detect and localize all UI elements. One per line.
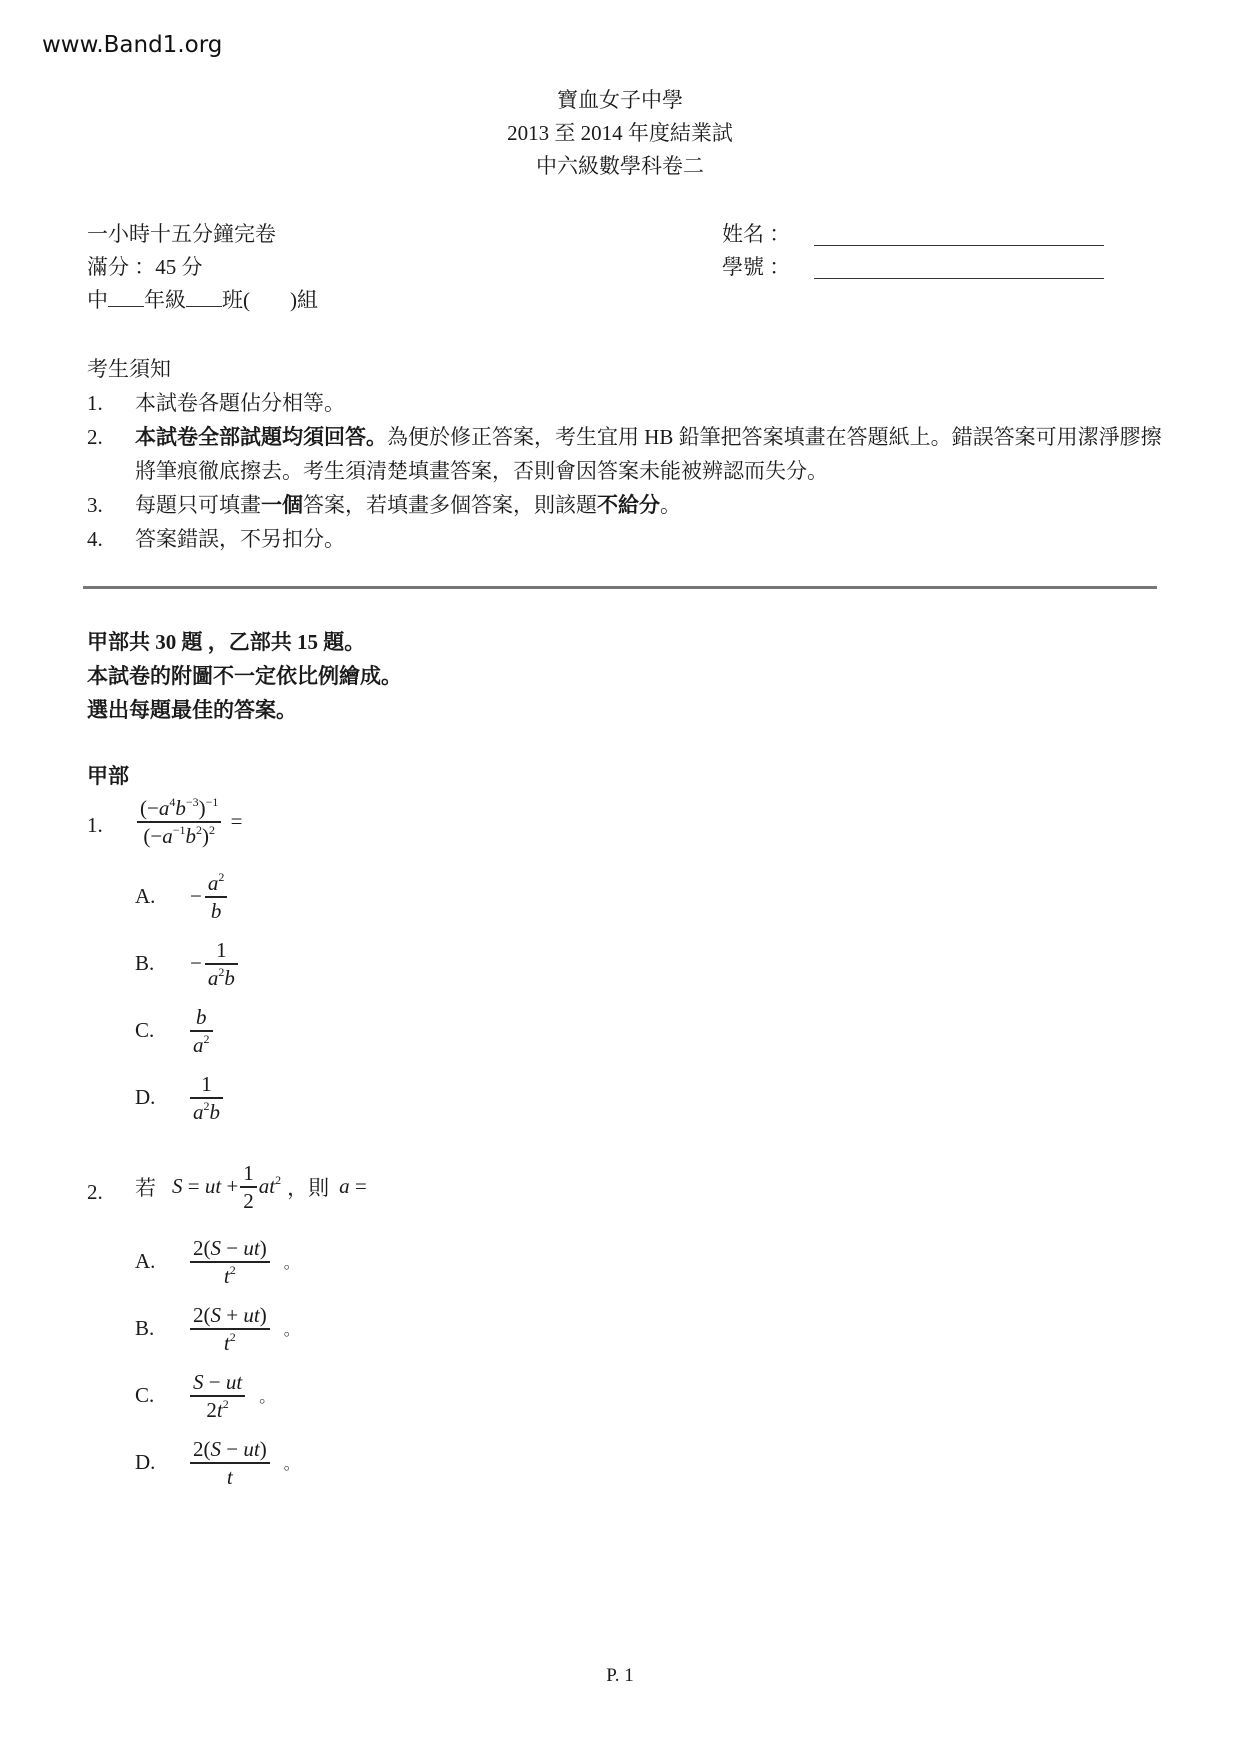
notice-text: 每題只可填畫一個答案，若填畫多個答案，則該題不給分。 (135, 488, 681, 522)
instructions: 甲部共 30 題 ，乙部共 15 題。 本試卷的附圖不一定依比例繪成。 選出每題… (87, 625, 402, 727)
instruction-line: 選出每題最佳的答案。 (87, 693, 402, 727)
option-suffix: 。 (284, 1250, 300, 1273)
option-value: 2(S − ut)t2 (190, 1235, 270, 1289)
option-d[interactable]: D. 1a2b (135, 1071, 223, 1125)
question-stem: 若 S = ut + 12 at2 ，則 a = (135, 1160, 367, 1214)
notice-mid: 答案，若填畫多個答案，則該題 (303, 493, 597, 517)
class-blank[interactable] (186, 284, 222, 307)
notice-item: 2. 本試卷全部試題均須回答。為便於修正答案，考生宜用 HB 鉛筆把答案填畫在答… (87, 420, 1167, 488)
option-value: a2b (205, 870, 228, 924)
notice-number: 4. (87, 522, 135, 556)
class-label: 班( (222, 288, 250, 312)
notice-post: 。 (660, 493, 681, 517)
grade-label: 年級 (144, 288, 186, 312)
instruction-line: 本試卷的附圖不一定依比例繪成。 (87, 659, 402, 693)
candidate-notice: 考生須知 1. 本試卷各題佔分相等。 2. 本試卷全部試題均須回答。為便於修正答… (87, 352, 1167, 556)
stem-mid: ，則 (287, 1172, 329, 1202)
option-suffix: 。 (259, 1384, 275, 1407)
option-a[interactable]: A. 2(S − ut)t2 。 (135, 1235, 300, 1289)
notice-text: 本試卷各題佔分相等。 (135, 386, 345, 420)
student-no-row: 學號 ： (722, 251, 1104, 284)
stem-fraction: (−a4b−3)−1 (−a−1b2)2 (137, 795, 221, 849)
option-value: 2(S + ut)t2 (190, 1302, 270, 1356)
notice-title: 考生須知 (87, 352, 1167, 386)
stem-prefix: 若 (135, 1172, 156, 1202)
question-1: 1. (−a4b−3)−1 (−a−1b2)2 = A. − a2b B. − … (87, 795, 487, 1155)
instruction-line: 甲部共 30 題 ，乙部共 15 題。 (87, 625, 402, 659)
notice-item: 4. 答案錯誤，不另扣分。 (87, 522, 1167, 556)
notice-pre: 每題只可填畫 (135, 493, 261, 517)
name-row: 姓名 ： (722, 218, 1104, 251)
option-letter: D. (135, 1085, 190, 1110)
notice-number: 2. (87, 420, 135, 488)
duration: 一小時十五分鐘完卷 (87, 218, 318, 251)
notice-number: 3. (87, 488, 135, 522)
option-value: 1a2b (205, 937, 238, 991)
option-a[interactable]: A. − a2b (135, 870, 227, 924)
name-field[interactable] (814, 223, 1104, 246)
student-no-label: 學號 ： (722, 251, 814, 284)
section-title: 甲部 (87, 760, 129, 790)
option-value: ba2 (190, 1004, 213, 1058)
watermark: www.Band1.org (42, 32, 222, 58)
exam-title-block: 寶血女子中學 2013 至 2014 年度結業試 中六級數學科卷二 (0, 84, 1240, 183)
option-value: 1a2b (190, 1071, 223, 1125)
student-info: 姓名 ： 學號 ： (722, 218, 1104, 284)
question-stem: (−a4b−3)−1 (−a−1b2)2 = (137, 795, 243, 849)
school-name: 寶血女子中學 (0, 84, 1240, 117)
notice-bold: 一個 (261, 493, 303, 517)
option-letter: D. (135, 1450, 190, 1475)
option-d[interactable]: D. 2(S − ut)t 。 (135, 1436, 300, 1490)
paper-name: 中六級數學科卷二 (0, 150, 1240, 183)
question-number: 1. (87, 813, 103, 838)
name-label: 姓名 ： (722, 218, 814, 251)
option-letter: B. (135, 1316, 190, 1341)
option-letter: A. (135, 1249, 190, 1274)
option-value: 2(S − ut)t (190, 1436, 270, 1490)
grade-blank[interactable] (108, 284, 144, 307)
option-b[interactable]: B. 2(S + ut)t2 。 (135, 1302, 300, 1356)
full-marks: 滿分 ：45 分 (87, 251, 318, 284)
notice-text: 答案錯誤，不另扣分。 (135, 522, 345, 556)
option-c[interactable]: C. S − ut2t2 。 (135, 1369, 275, 1423)
option-suffix: 。 (284, 1451, 300, 1474)
option-letter: C. (135, 1018, 190, 1043)
student-no-field[interactable] (814, 256, 1104, 279)
option-value: S − ut2t2 (190, 1369, 245, 1423)
group-label: )組 (290, 288, 318, 312)
notice-number: 1. (87, 386, 135, 420)
option-letter: A. (135, 884, 190, 909)
notice-item: 1. 本試卷各題佔分相等。 (87, 386, 1167, 420)
page-number: P. 1 (0, 1665, 1240, 1687)
notice-bold: 不給分 (597, 493, 660, 517)
option-b[interactable]: B. − 1a2b (135, 937, 238, 991)
class-line: 中年級班()組 (87, 284, 318, 317)
exam-name: 2013 至 2014 年度結業試 (0, 117, 1240, 150)
option-suffix: 。 (284, 1317, 300, 1340)
question-number: 2. (87, 1180, 103, 1205)
question-2: 2. 若 S = ut + 12 at2 ，則 a = A. 2(S − ut)… (87, 1160, 587, 1500)
exam-meta: 一小時十五分鐘完卷 滿分 ：45 分 中年級班()組 (87, 218, 318, 317)
option-letter: B. (135, 951, 190, 976)
notice-text: 本試卷全部試題均須回答。為便於修正答案，考生宜用 HB 鉛筆把答案填畫在答題紙上… (135, 420, 1167, 488)
option-letter: C. (135, 1383, 190, 1408)
notice-item: 3. 每題只可填畫一個答案，若填畫多個答案，則該題不給分。 (87, 488, 1167, 522)
divider (83, 586, 1157, 589)
notice-bold: 本試卷全部試題均須回答。 (135, 425, 387, 449)
class-prefix: 中 (87, 288, 108, 312)
option-c[interactable]: C. ba2 (135, 1004, 213, 1058)
